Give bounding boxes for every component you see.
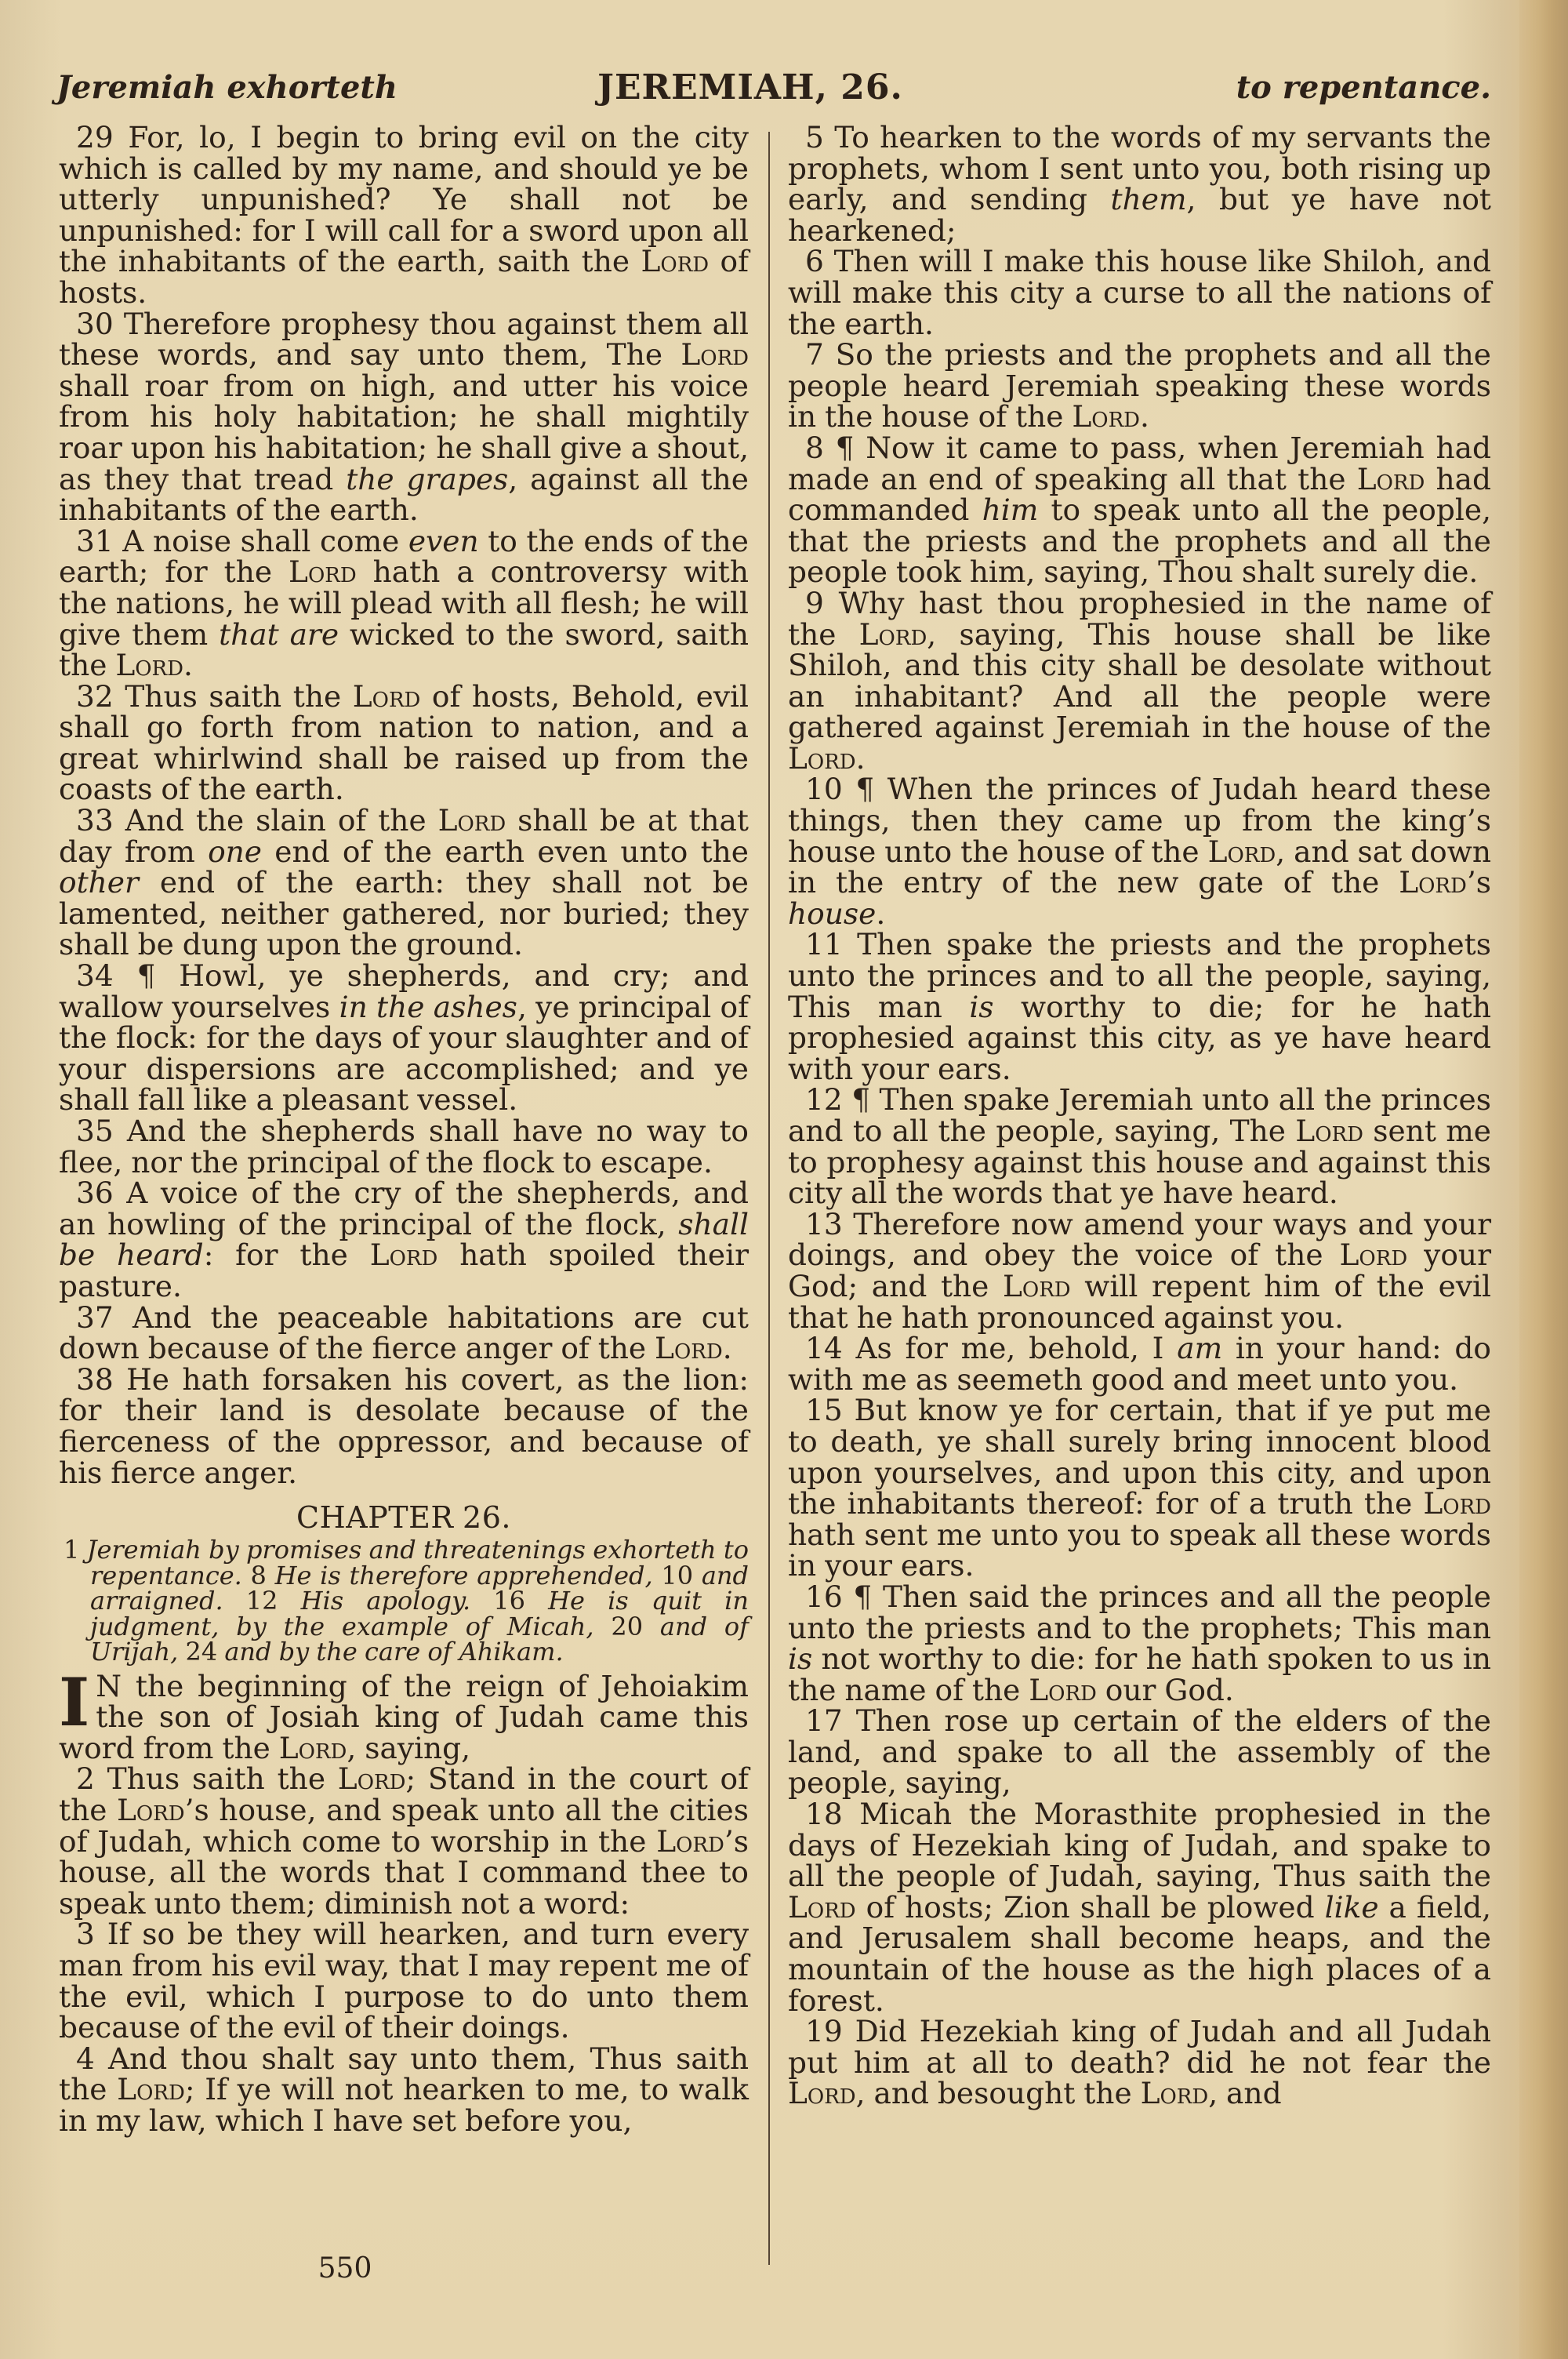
page-number: 550 [267,2252,423,2284]
verse-number: 29 [76,120,128,154]
chapter-26-verses-left: 2 Thus saith the Lord; Stand in the cour… [59,1764,749,2136]
verse-number: 14 [805,1331,855,1365]
verse-text: . [1140,399,1149,434]
divine-name: Lord [788,1890,856,1925]
divine-name: Lord [681,337,749,372]
verse-12: 12 ¶ Then spake Jeremiah unto all the pr… [788,1085,1491,1209]
divine-name: Lord [117,2072,185,2106]
italic-supplied-word: other [59,865,139,900]
book-page: Jeremiah exhorteth JEREMIAH, 26. to repe… [0,0,1568,2359]
divine-name: Lord [1357,462,1425,496]
verse-number: 35 [76,1114,127,1148]
right-column: 5 To hearken to the words of my servants… [788,122,1491,2110]
verse-number: 11 [805,927,857,961]
divine-name: Lord [788,741,856,776]
verse-13: 13 Therefore now amend your ways and you… [788,1209,1491,1333]
verse-number: 38 [76,1362,126,1397]
divine-name: Lord [656,1824,724,1859]
italic-supplied-word: is [969,990,993,1024]
column-divider [768,132,770,2265]
verse-text: ’s [1467,865,1491,900]
page-edge-shadow [1519,0,1568,2359]
verse-29: 29 For, lo, I begin to bring evil on the… [59,122,749,309]
divine-name: Lord [353,679,421,714]
verse-number: 32 [76,679,125,714]
italic-supplied-word: them [1111,182,1187,216]
verse-text: , and besought the [856,2076,1141,2110]
verse-ref-number: 20 [611,1612,660,1641]
verse-text: hath sent me unto you to speak all these… [788,1518,1491,1583]
verse-14: 14 As for me, behold, I am in your hand:… [788,1333,1491,1395]
verse-1: I N the beginning of the reign of Jehoia… [59,1671,749,1765]
verse-5: 5 To hearken to the words of my servants… [788,122,1491,246]
verse-text: Thus saith the [107,1761,338,1796]
verse-text: And the slain of the [125,803,438,838]
italic-supplied-word: house [788,896,876,931]
italic-supplied-word: is [788,1641,812,1676]
verse-text: . [723,1331,732,1365]
verse-17: 17 Then rose up certain of the elders of… [788,1706,1491,1799]
verse-text: Then said the princes and all the people… [788,1579,1491,1645]
verse-number: 8 [805,431,836,465]
verse-text: A noise shall come [122,524,408,558]
divine-name: Lord [115,648,183,682]
verse-text: Then rose up certain of the elders of th… [788,1703,1491,1800]
divine-name: Lord [1208,834,1276,869]
pilcrow-icon: ¶ [855,772,887,806]
verse-text: , saying, [347,1731,470,1765]
verse-number: 7 [805,337,836,372]
running-head-right: to repentance. [1236,64,1491,111]
divine-name: Lord [438,803,506,838]
chapter-26-verses-right: 5 To hearken to the words of my servants… [788,122,1491,2110]
verse-35: 35 And the shepherds shall have no way t… [59,1116,749,1178]
verse-number: 2 [76,1761,107,1796]
verse-number: 4 [76,2041,108,2076]
divine-name: Lord [1141,2076,1209,2110]
verse-number: 36 [76,1176,126,1210]
italic-supplied-word: am [1177,1331,1222,1365]
verse-number: 17 [805,1703,856,1738]
drop-cap: I [59,1674,89,1731]
verse-text: But know ye for certain, that if ye put … [788,1393,1491,1521]
italic-supplied-word: that are [219,617,339,652]
chapter-25-verses: 29 For, lo, I begin to bring evil on the… [59,122,749,1488]
verse-text: our God. [1097,1673,1234,1707]
verse-6: 6 Then will I make this house like Shilo… [788,246,1491,340]
chapter-summary: 1 Jeremiah by promises and threatenings … [59,1537,749,1665]
verse-32: 32 Thus saith the Lord of hosts, Behold,… [59,682,749,805]
verse-text: . [876,896,885,931]
left-column: 29 For, lo, I begin to bring evil on the… [59,122,749,2137]
pilcrow-icon: ¶ [137,958,180,993]
verse-text: . [856,741,866,776]
verse-30: 30 Therefore prophesy thou against them … [59,309,749,526]
verse-16: 16 ¶ Then said the princes and all the p… [788,1582,1491,1706]
verse-ref-number: 1 [64,1535,87,1565]
divine-name: Lord [1003,1269,1071,1303]
divine-name: Lord [1399,865,1467,900]
verse-38: 38 He hath forsaken his covert, as the l… [59,1365,749,1488]
divine-name: Lord [1340,1238,1408,1272]
verse-11: 11 Then spake the priests and the prophe… [788,929,1491,1085]
divine-name: Lord [859,617,927,652]
verse-number: 19 [805,2014,855,2048]
verse-text: If so be they will hearken, and turn eve… [59,1917,749,2045]
divine-name: Lord [370,1238,438,1272]
verse-number: 33 [76,803,125,838]
verse-text: end of the earth even unto the [262,834,749,869]
divine-name: Lord [1295,1114,1363,1148]
verse-31: 31 A noise shall come even to the ends o… [59,526,749,682]
verse-number: 16 [805,1579,853,1614]
verse-number: 6 [805,244,834,278]
verse-text: , and [1208,2076,1281,2110]
verse-text: : for the [204,1238,370,1272]
divine-name: Lord [1423,1486,1491,1521]
verse-number: 3 [76,1917,107,1951]
divine-name: Lord [788,2076,856,2110]
verse-text: Therefore prophesy thou against them all… [59,307,749,373]
verse-number: 12 [805,1082,851,1117]
pilcrow-icon: ¶ [851,1082,879,1117]
verse-10: 10 ¶ When the princes of Judah heard the… [788,774,1491,929]
divine-name: Lord [655,1331,723,1365]
verse-number: 9 [805,586,839,620]
verse-text: of hosts; Zion shall be plowed [856,1890,1325,1925]
divine-name: Lord [1029,1673,1097,1707]
divine-name: Lord [117,1793,185,1827]
verse-text: As for me, behold, I [855,1331,1177,1365]
verse-3: 3 If so be they will hearken, and turn e… [59,1919,749,2043]
verse-36: 36 A voice of the cry of the shepherds, … [59,1178,749,1302]
verse-text: . [183,648,193,682]
verse-ref-number: 24 [185,1637,224,1667]
italic-supplied-word: the grapes [346,462,508,496]
verse-2: 2 Thus saith the Lord; Stand in the cour… [59,1764,749,1919]
pilcrow-icon: ¶ [853,1579,883,1614]
italic-supplied-word: him [982,493,1039,527]
verse-number: 5 [805,120,834,154]
verse-number: 13 [805,1207,853,1241]
verse-text: and by the care of Ahikam. [224,1637,563,1667]
verse-text: He hath forsaken his covert, as the lion… [59,1362,749,1490]
pilcrow-icon: ¶ [836,431,866,465]
verse-number: 18 [805,1797,859,1831]
italic-supplied-word: in the ashes [339,990,517,1024]
italic-supplied-word: one [208,834,262,869]
verse-text: A voice of the cry of the shepherds, and… [59,1176,749,1241]
verse-text: end of the earth: they shall not be lame… [59,865,749,961]
verse-text: And the shepherds shall have no way to f… [59,1114,749,1179]
running-head: Jeremiah exhorteth JEREMIAH, 26. to repe… [56,64,1491,111]
verse-8: 8 ¶ Now it came to pass, when Jeremiah h… [788,433,1491,588]
italic-supplied-word: like [1325,1890,1379,1925]
verse-text: Then will I make this house like Shiloh,… [788,244,1491,340]
italic-supplied-word: even [408,524,479,558]
chapter-title: CHAPTER 26. [59,1499,749,1536]
verse-7: 7 So the priests and the prophets and al… [788,340,1491,433]
divine-name: Lord [338,1761,406,1796]
verse-9: 9 Why hast thou prophesied in the name o… [788,588,1491,775]
verse-number: 31 [76,524,122,558]
verse-number: 34 [76,958,137,993]
divine-name: Lord [1072,399,1140,434]
verse-number: 37 [76,1300,132,1335]
verse-34: 34 ¶ Howl, ye shepherds, and cry; and wa… [59,961,749,1116]
verse-19: 19 Did Hezekiah king of Judah and all Ju… [788,2016,1491,2110]
verse-text: And the peaceable habitations are cut do… [59,1300,749,1366]
verse-text: Thus saith the [125,679,352,714]
verse-37: 37 And the peaceable habitations are cut… [59,1303,749,1365]
verse-33: 33 And the slain of the Lord shall be at… [59,805,749,961]
divine-name: Lord [289,554,357,589]
verse-4: 4 And thou shalt say unto them, Thus sai… [59,2044,749,2137]
verse-15: 15 But know ye for certain, that if ye p… [788,1395,1491,1582]
verse-number: 15 [805,1393,855,1427]
verse-number: 30 [76,307,124,341]
verse-18: 18 Micah the Morasthite prophesied in th… [788,1799,1491,2016]
verse-text: Micah the Morasthite prophesied in the d… [788,1797,1491,1893]
divine-name: Lord [641,244,709,278]
verse-text: Did Hezekiah king of Judah and all Judah… [788,2014,1491,2080]
verse-number: 10 [805,772,855,806]
divine-name: Lord [279,1731,347,1765]
